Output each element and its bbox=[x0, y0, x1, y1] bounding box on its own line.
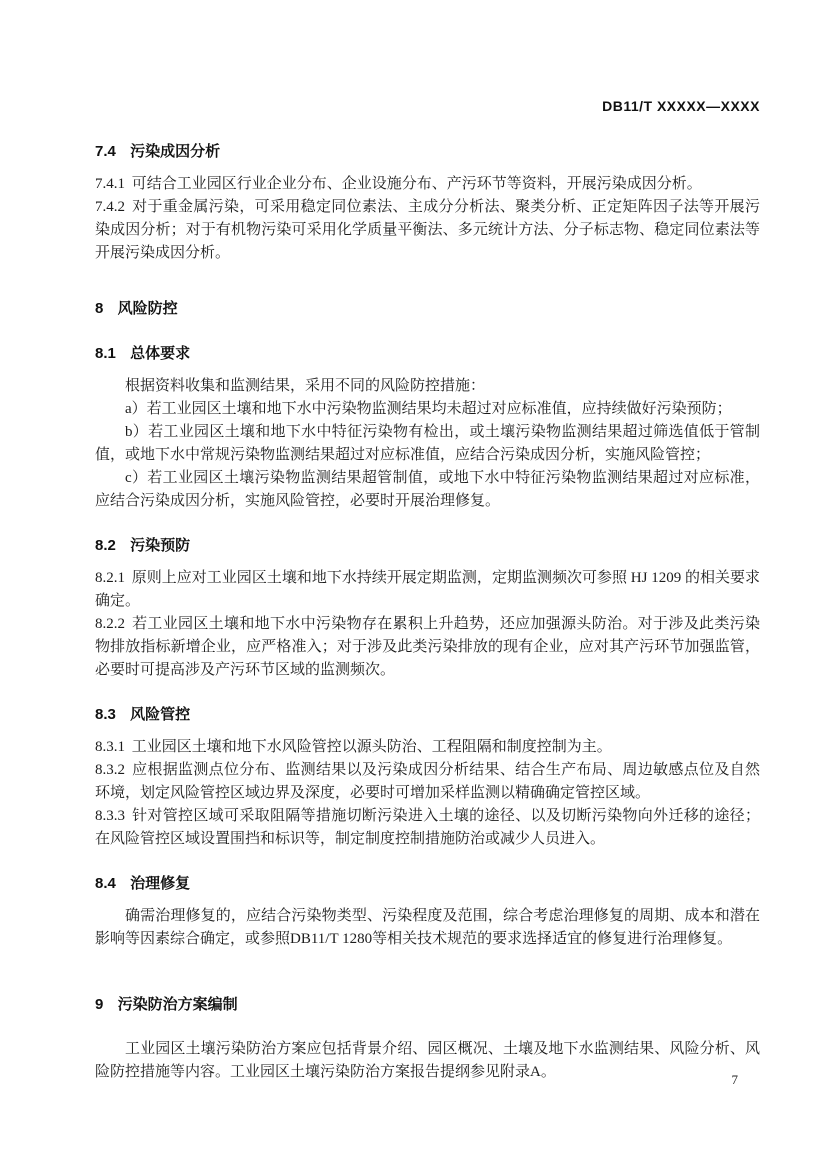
heading-number: 8.3 bbox=[95, 706, 116, 723]
clause-number: 7.4.1 bbox=[95, 176, 125, 192]
list-item-c: c）若工业园区土壤污染物监测结果超管制值，或地下水中特征污染物监测结果超过对应标… bbox=[95, 467, 760, 513]
heading-title: 总体要求 bbox=[130, 345, 190, 362]
document-page: DB11/T XXXXX—XXXX 7.4污染成因分析 7.4.1可结合工业园区… bbox=[0, 0, 826, 1169]
paragraph-8-1-intro: 根据资料收集和监测结果，采用不同的风险防控措施： bbox=[95, 375, 760, 398]
document-content: DB11/T XXXXX—XXXX 7.4污染成因分析 7.4.1可结合工业园区… bbox=[95, 98, 760, 1084]
clause-number: 8.3.3 bbox=[95, 808, 125, 824]
clause-8-3-3: 8.3.3针对管控区域可采取阻隔等措施切断污染进入土壤的途径、以及切断污染物向外… bbox=[95, 805, 760, 851]
clause-7-4-2: 7.4.2对于重金属污染，可采用稳定同位素法、主成分分析法、聚类分析、正定矩阵因… bbox=[95, 196, 760, 265]
clause-text: 原则上应对工业园区土壤和地下水持续开展定期监测，定期监测频次可参照 HJ 120… bbox=[95, 570, 760, 609]
standard-code-header: DB11/T XXXXX—XXXX bbox=[95, 98, 760, 114]
heading-number: 7.4 bbox=[95, 143, 116, 160]
heading-title: 治理修复 bbox=[130, 875, 190, 892]
heading-number: 8 bbox=[95, 300, 103, 317]
clause-8-3-1: 8.3.1工业园区土壤和地下水风险管控以源头防治、工程阻隔和制度控制为主。 bbox=[95, 736, 760, 759]
heading-number: 8.2 bbox=[95, 537, 116, 554]
clause-number: 8.2.2 bbox=[95, 616, 125, 632]
heading-title: 污染防治方案编制 bbox=[118, 996, 238, 1013]
heading-number: 9 bbox=[95, 996, 103, 1013]
heading-8-3: 8.3风险管控 bbox=[95, 703, 760, 726]
clause-8-2-1: 8.2.1原则上应对工业园区土壤和地下水持续开展定期监测，定期监测频次可参照 H… bbox=[95, 567, 760, 613]
heading-title: 污染预防 bbox=[130, 537, 190, 554]
clause-text: 可结合工业园区行业企业分布、企业设施分布、产污环节等资料，开展污染成因分析。 bbox=[132, 176, 702, 192]
heading-number: 8.4 bbox=[95, 875, 116, 892]
clause-text: 工业园区土壤和地下水风险管控以源头防治、工程阻隔和制度控制为主。 bbox=[132, 739, 612, 755]
heading-8: 8风险防控 bbox=[95, 297, 760, 320]
heading-title: 风险防控 bbox=[118, 300, 178, 317]
clause-text: 针对管控区域可采取阻隔等措施切断污染进入土壤的途径、以及切断污染物向外迁移的途径… bbox=[95, 808, 760, 847]
page-number: 7 bbox=[732, 1072, 739, 1087]
heading-title: 污染成因分析 bbox=[130, 143, 220, 160]
clause-text: 若工业园区土壤和地下水中污染物存在累积上升趋势，还应加强源头防治。对于涉及此类污… bbox=[95, 616, 760, 678]
clause-8-2-2: 8.2.2若工业园区土壤和地下水中污染物存在累积上升趋势，还应加强源头防治。对于… bbox=[95, 613, 760, 682]
heading-7-4: 7.4污染成因分析 bbox=[95, 140, 760, 163]
list-item-a: a）若工业园区土壤和地下水中污染物监测结果均未超过对应标准值，应持续做好污染预防… bbox=[95, 398, 760, 421]
paragraph-9: 工业园区土壤污染防治方案应包括背景介绍、园区概况、土壤及地下水监测结果、风险分析… bbox=[95, 1038, 760, 1084]
heading-9: 9污染防治方案编制 bbox=[95, 993, 760, 1016]
clause-number: 8.3.1 bbox=[95, 739, 125, 755]
paragraph-8-4: 确需治理修复的，应结合污染物类型、污染程度及范围，综合考虑治理修复的周期、成本和… bbox=[95, 905, 760, 951]
heading-8-2: 8.2污染预防 bbox=[95, 534, 760, 557]
clause-number: 8.3.2 bbox=[95, 762, 125, 778]
heading-8-4: 8.4治理修复 bbox=[95, 872, 760, 895]
heading-8-1: 8.1总体要求 bbox=[95, 342, 760, 365]
clause-number: 7.4.2 bbox=[95, 199, 125, 215]
list-item-b: b）若工业园区土壤和地下水中特征污染物有检出，或土壤污染物监测结果超过筛选值低于… bbox=[95, 421, 760, 467]
heading-number: 8.1 bbox=[95, 345, 116, 362]
clause-text: 应根据监测点位分布、监测结果以及污染成因分析结果、结合生产布局、周边敏感点位及自… bbox=[95, 762, 760, 801]
clause-text: 对于重金属污染，可采用稳定同位素法、主成分分析法、聚类分析、正定矩阵因子法等开展… bbox=[95, 199, 760, 261]
clause-7-4-1: 7.4.1可结合工业园区行业企业分布、企业设施分布、产污环节等资料，开展污染成因… bbox=[95, 173, 760, 196]
clause-8-3-2: 8.3.2应根据监测点位分布、监测结果以及污染成因分析结果、结合生产布局、周边敏… bbox=[95, 759, 760, 805]
heading-title: 风险管控 bbox=[130, 706, 190, 723]
clause-number: 8.2.1 bbox=[95, 570, 125, 586]
